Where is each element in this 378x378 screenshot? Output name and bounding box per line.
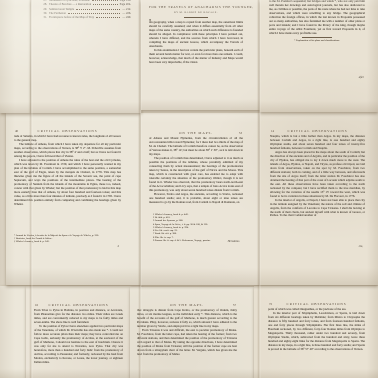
paragraph: Nauplia, which is but a little farther t… xyxy=(270,135,365,151)
page-mid-center-on-the-maps: ON THE MAPS. 53 of Athens and Mount Hyme… xyxy=(141,113,260,285)
page-body-text: to the 3d. Pomfret's sequential; but bri… xyxy=(269,0,365,36)
page-number: 72 xyxy=(269,302,272,306)
catchword: after xyxy=(359,76,364,79)
page-body-text: point of which was called Onugnathus, or… xyxy=(268,308,365,351)
dotted-leader xyxy=(92,0,118,1)
paragraph: to the 3d. Pomfret's sequential; but bri… xyxy=(269,0,365,36)
paragraph: To the position of Pylos I have elsewher… xyxy=(34,325,123,365)
page-body-text: of Athens and Mount Hymettus, from the c… xyxy=(149,137,243,210)
running-header-text: ON THE MAPS. xyxy=(179,131,213,135)
page-top-left-plates-list: 27. Monument of Lysicrates, at Athens Pa… xyxy=(31,0,141,113)
running-header: 72 CRITICAL OBSERVATIONS xyxy=(268,302,365,306)
page-bottom-left-critical-observations: 16 CRITICAL OBSERVATIONS From Trion to P… xyxy=(26,286,141,378)
dotted-leader xyxy=(68,12,120,14)
catchword: 114, xyxy=(358,245,363,248)
footnote: ‡ Wheler's Journey, book ii. p. 342. xyxy=(14,240,121,243)
running-header-text: ON THE MAPS. xyxy=(170,303,204,307)
running-header: 16 CRITICAL OBSERVATIONS xyxy=(34,303,123,307)
signature-mark: d xyxy=(118,245,119,248)
chapter-author-line: BY M. BARBIÉ DU BOCAGE. xyxy=(149,11,243,14)
paragraph: From Trion to Pylos in Bothnia, in posit… xyxy=(34,309,123,325)
page-number: 14 xyxy=(271,129,274,133)
running-header: ON THE MAPS. 53 xyxy=(149,131,243,135)
page-edge-sliver-bottom-left xyxy=(0,286,26,378)
paragraph: of Athens and Mount Hymettus, from the c… xyxy=(149,137,243,157)
page-number: 57 xyxy=(233,303,236,307)
page-top-right-text-end: to the 3d. Pomfret's sequential; but bri… xyxy=(260,0,378,112)
page-body-text: From Trion to Pylos in Bothnia, in posit… xyxy=(34,309,123,364)
paragraph: In geography, when a map is copied from … xyxy=(149,20,243,49)
page-mid-left-critical-observations: 40 CRITICAL OBSERVATIONS tude of Salamis… xyxy=(6,112,141,285)
page-body-text: In geography, when a map is copied from … xyxy=(149,20,243,64)
page-body-text: that tétrapyle is distant from Cape Krab… xyxy=(137,309,237,356)
paragraph: The latitude of Athens, from which I hav… xyxy=(14,143,121,159)
paragraph: In the interior part of Sthymphalia, Lac… xyxy=(268,312,365,352)
paragraph: In this examination I had not certain th… xyxy=(149,49,243,65)
paragraph: The position of Corinth thus determined,… xyxy=(149,157,243,193)
paragraph: However, Strabo and Argos, the ancients,… xyxy=(149,193,243,205)
paragraph: From Tænarus it was and difficult, the e… xyxy=(137,329,237,357)
wall-of-book-pages: 27. Monument of Lysicrates, at Athens Pa… xyxy=(0,0,378,378)
dotted-leader xyxy=(76,8,120,10)
plate-page-ref: — 240. xyxy=(122,15,131,19)
list-item: 31. Frontispiece before of the Map of Tr… xyxy=(39,15,131,19)
plate-number: 31. xyxy=(39,15,47,19)
running-header: 40 CRITICAL OBSERVATIONS xyxy=(14,129,121,133)
running-header-text: CRITICAL OBSERVATIONS xyxy=(49,303,109,307)
footnote-rule xyxy=(302,37,332,38)
page-edge-sliver-top-left xyxy=(0,0,31,113)
page-top-center-chapter-opening: FOR THE TRAVELS OF ANACHARSIS THE YOUNGE… xyxy=(141,0,260,110)
paragraph: I have adjusted to the position of Athen… xyxy=(14,159,121,206)
plate-title: Frontispiece before of the Map of Troy xyxy=(49,15,94,19)
title-rule xyxy=(184,17,208,18)
page-body-text: tude of Salamis, in which I have had rec… xyxy=(14,135,121,231)
footnote: * Explanation of his plans and classific… xyxy=(269,39,365,42)
page-mid-right-critical-observations: 14 CRITICAL OBSERVATIONS Nauplia, which … xyxy=(260,112,378,285)
list-of-plates: 27. Monument of Lysicrates, at Athens Pa… xyxy=(39,0,131,20)
running-header-text: CRITICAL OBSERVATIONS xyxy=(287,302,347,306)
paragraph: In the interior of Argolis, at Napoli, I… xyxy=(270,199,365,219)
chapter-title-line: FOR THE TRAVELS OF ANACHARSIS THE YOUNGE… xyxy=(149,6,243,10)
page-body-text: Nauplia, which is but a little farther t… xyxy=(270,135,365,244)
paragraph: that tétrapyle is distant from Cape Krab… xyxy=(137,309,237,329)
running-header: 14 CRITICAL OBSERVATIONS xyxy=(270,129,365,133)
page-number: 53 xyxy=(239,131,242,135)
running-header-text: CRITICAL OBSERVATIONS xyxy=(288,129,348,133)
dotted-leader xyxy=(93,3,117,5)
paragraph: Argos has always been placed in the maps… xyxy=(270,151,365,198)
footnote-block: * Journal de Verdun, à la suite de la Ma… xyxy=(14,234,121,244)
footnote-block: 1 Wheler's Journey, book ii. p. 442. 2 I… xyxy=(149,213,243,242)
catchword: Herodotus. xyxy=(228,240,240,243)
page-bottom-right-critical-observations: 72 CRITICAL OBSERVATIONS point of which … xyxy=(254,286,378,378)
page-number: 40 xyxy=(15,129,18,133)
running-header-text: CRITICAL OBSERVATIONS xyxy=(38,129,98,133)
page-number: 16 xyxy=(35,303,38,307)
page-bottom-center-on-the-maps: ON THE MAPS. 57 that tétrapyle is distan… xyxy=(130,287,254,378)
running-header: ON THE MAPS. 57 xyxy=(137,303,237,307)
dotted-leader xyxy=(96,16,120,18)
